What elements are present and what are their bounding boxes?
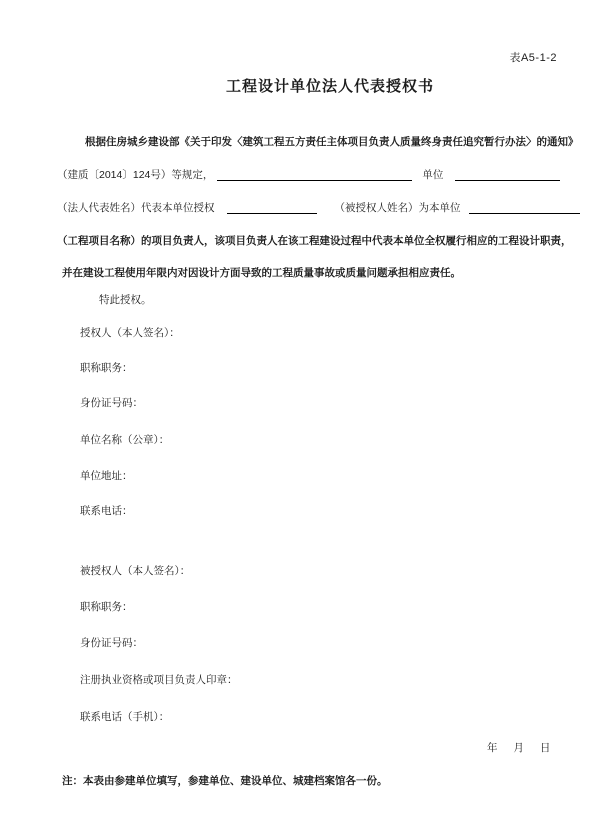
- date-line: 年 月 日: [487, 742, 550, 755]
- date-month-label: 月: [513, 742, 524, 754]
- field-label-authorizer-title: 职称职务：: [80, 362, 133, 375]
- paragraph-line-2: （建质〔2014〕124号）等规定， 单位: [57, 169, 560, 182]
- field-label-unit-name-seal: 单位名称（公章）：: [80, 434, 169, 447]
- paragraph-line-1: 根据住房城乡建设部《关于印发〈建筑工程五方责任主体项目负责人质量终身责任追究暂行…: [85, 136, 579, 149]
- footer-note: 注：本表由参建单位填写，参建单位、建设单位、城建档案馆各一份。: [62, 775, 388, 788]
- blank-field-project-name: [469, 211, 581, 214]
- date-day-label: 日: [540, 742, 551, 754]
- field-label-unit-address: 单位地址：: [80, 470, 133, 483]
- paragraph-line-3-text2: （被授权人姓名）为本单位: [335, 202, 461, 215]
- field-label-authorizer-id-number: 身份证号码：: [80, 397, 143, 410]
- field-label-authorizer-signature: 授权人（本人签名）：: [80, 327, 180, 340]
- blank-field-unit-name-1: [217, 178, 412, 181]
- field-label-authorized-title: 职称职务：: [80, 601, 133, 614]
- blank-field-unit-name-2: [455, 178, 560, 181]
- date-year-label: 年: [487, 742, 498, 754]
- closing-statement: 特此授权。: [99, 294, 152, 307]
- blank-field-authorized-name: [227, 211, 317, 214]
- paragraph-line-2-text: （建质〔2014〕124号）等规定，: [57, 169, 213, 182]
- field-label-authorized-id-number: 身份证号码：: [80, 637, 143, 650]
- field-label-authorized-signature: 被授权人（本人签名）：: [80, 565, 190, 578]
- paragraph-line-3: （法人代表姓名）代表本单位授权 （被授权人姓名）为本单位: [57, 202, 580, 215]
- authorization-form-page: 表A5-1-2 工程设计单位法人代表授权书 根据住房城乡建设部《关于印发〈建筑工…: [0, 0, 591, 835]
- paragraph-line-3-text1: （法人代表姓名）代表本单位授权: [57, 202, 215, 215]
- form-code: 表A5-1-2: [509, 49, 557, 65]
- field-label-registration-seal: 注册执业资格或项目负责人印章：: [80, 674, 238, 687]
- paragraph-line-4: （工程项目名称）的项目负责人，该项目负责人在该工程建设过程中代表本单位全权履行相…: [57, 235, 572, 248]
- paragraph-line-5: 并在建设工程使用年限内对因设计方面导致的工程质量事故或质量问题承担相应责任。: [62, 267, 461, 280]
- paragraph-line-2-unit-label: 单位: [422, 169, 443, 182]
- field-label-contact-phone: 联系电话：: [80, 505, 133, 518]
- field-label-mobile-phone: 联系电话（手机）：: [80, 711, 169, 724]
- page-title: 工程设计单位法人代表授权书: [226, 75, 434, 96]
